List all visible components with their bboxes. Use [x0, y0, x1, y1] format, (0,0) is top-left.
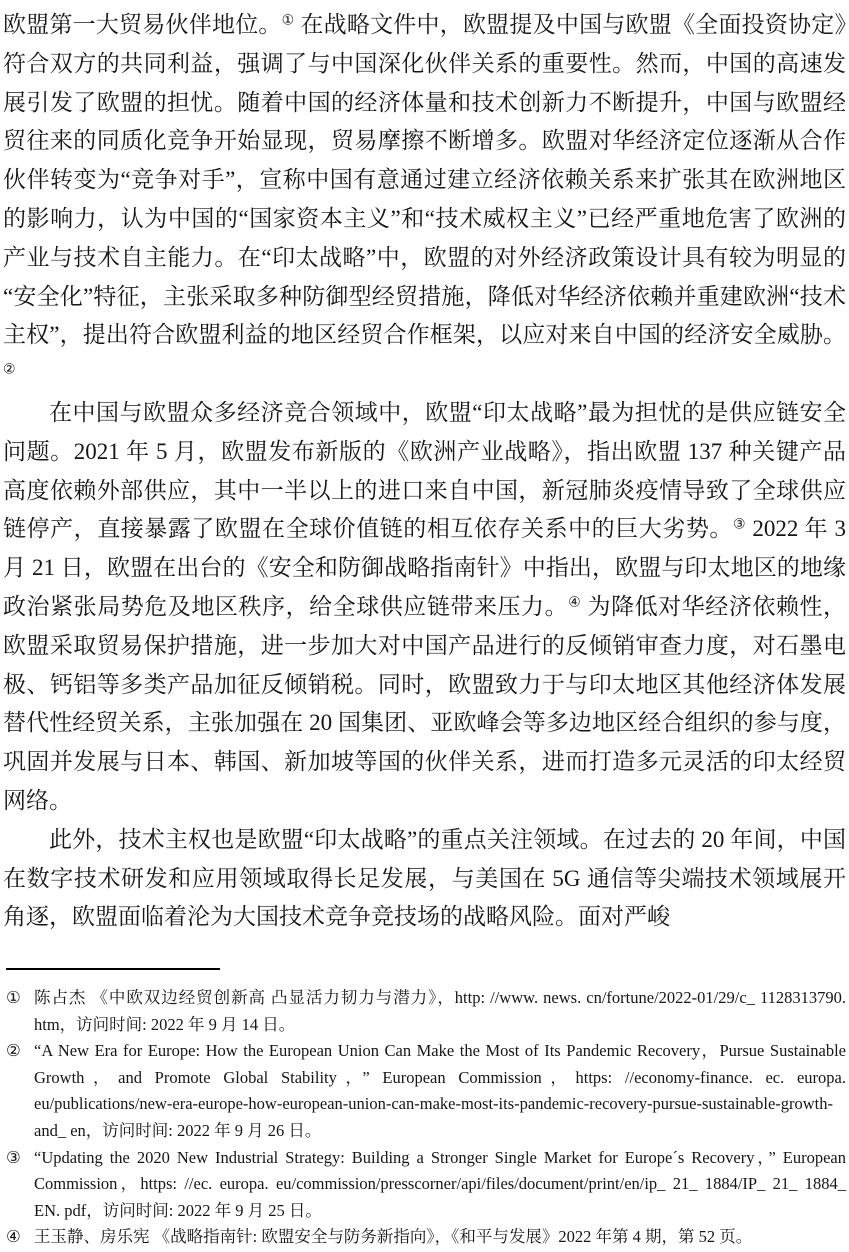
footnotes-section: ① 陈占杰 《中欧双边经贸创新高 凸显活力韧力与潜力》，http: //www.… — [3, 985, 846, 1251]
footnote-marker: ② — [6, 1038, 21, 1065]
footnote-ref: ② — [3, 362, 16, 377]
article-body: 欧盟第一大贸易伙伴地位。① 在战略文件中，欧盟提及中国与欧盟《全面投资协定》符合… — [3, 6, 846, 938]
footnote-ref: ③ — [733, 518, 746, 533]
footnote-text: 王玉静、房乐宪 《战略指南针: 欧盟安全与防务新指向》，《和平与发展》2022 … — [34, 1227, 752, 1246]
footnote-marker: ③ — [6, 1145, 21, 1172]
footnote-marker: ① — [6, 985, 21, 1012]
paragraph-2: 在中国与欧盟众多经济竞合领域中，欧盟“印太战略”最为担忧的是供应链安全问题。20… — [3, 394, 846, 821]
text-run: 在中国与欧盟众多经济竞合领域中，欧盟“印太战略”最为担忧的是供应链安全问题。20… — [3, 400, 846, 541]
footnote-text: 陈占杰 《中欧双边经贸创新高 凸显活力韧力与潜力》，http: //www. n… — [34, 988, 846, 1034]
footnote-marker: ④ — [6, 1224, 21, 1251]
footnote-separator — [6, 968, 220, 970]
text-run: 此外，技术主权也是欧盟“印太战略”的重点关注领域。在过去的 20 年间，中国在数… — [3, 827, 846, 930]
footnote-item-3: ③ “Updating the 2020 New Industrial Stra… — [3, 1145, 846, 1225]
footnote-item-1: ① 陈占杰 《中欧双边经贸创新高 凸显活力韧力与潜力》，http: //www.… — [3, 985, 846, 1038]
footnote-ref: ④ — [568, 595, 581, 610]
footnote-ref: ① — [282, 13, 295, 28]
footnote-text: “A New Era for Europe: How the European … — [34, 1041, 846, 1140]
paragraph-3: 此外，技术主权也是欧盟“印太战略”的重点关注领域。在过去的 20 年间，中国在数… — [3, 821, 846, 937]
footnote-item-2: ② “A New Era for Europe: How the Europea… — [3, 1038, 846, 1144]
document-page: 欧盟第一大贸易伙伴地位。① 在战略文件中，欧盟提及中国与欧盟《全面投资协定》符合… — [0, 0, 849, 1252]
text-run: 为降低对华经济依赖性，欧盟采取贸易保护措施，进一步加大对中国产品进行的反倾销审查… — [3, 594, 846, 813]
paragraph-1: 欧盟第一大贸易伙伴地位。① 在战略文件中，欧盟提及中国与欧盟《全面投资协定》符合… — [3, 6, 846, 394]
footnote-item-4: ④ 王玉静、房乐宪 《战略指南针: 欧盟安全与防务新指向》，《和平与发展》202… — [3, 1224, 846, 1251]
footnote-text: “Updating the 2020 New Industrial Strate… — [34, 1148, 846, 1220]
text-run: 在战略文件中，欧盟提及中国与欧盟《全面投资协定》符合双方的共同利益，强调了与中国… — [3, 12, 846, 347]
text-run: 欧盟第一大贸易伙伴地位。 — [3, 12, 282, 37]
